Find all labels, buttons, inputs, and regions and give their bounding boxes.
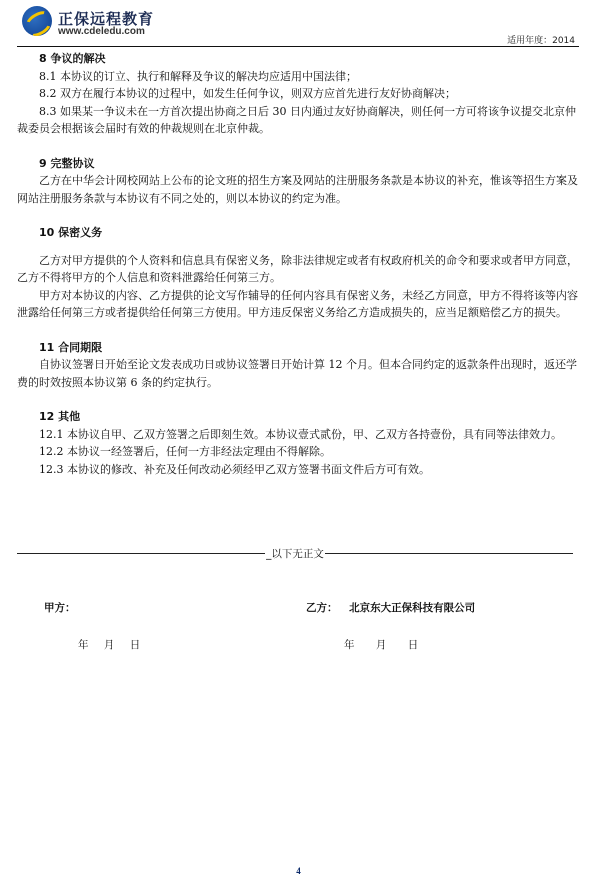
party-b-signature: 乙方： 北京东大正保科技有限公司 bbox=[306, 600, 475, 615]
brand-url: www.cdeledu.com bbox=[58, 26, 145, 37]
clause-8-2: 8.2 双方在履行本协议的过程中，如发生任何争议，则双方应首先进行友好协商解决； bbox=[17, 85, 579, 103]
date-month: 月 bbox=[104, 637, 115, 652]
header-divider bbox=[17, 46, 579, 47]
divider-line-right bbox=[325, 553, 573, 554]
section-title: 10 保密义务 bbox=[17, 224, 579, 242]
clause-10-1: 乙方对甲方提供的个人资料和信息具有保密义务，除非法律规定或者有权政府机关的命令和… bbox=[17, 252, 579, 287]
clause-12-1: 12.1 本协议自甲、乙双方签署之后即刻生效。本协议壹式贰份，甲、乙双方各持壹份… bbox=[17, 426, 579, 444]
section-title: 8 争议的解决 bbox=[17, 50, 579, 68]
date-day: 日 bbox=[408, 637, 419, 652]
document-body: 8 争议的解决 8.1 本协议的订立、执行和解释及争议的解决均应适用中国法律； … bbox=[17, 50, 579, 478]
section-title: 11 合同期限 bbox=[17, 339, 579, 357]
party-b-date: 年 月 日 bbox=[344, 637, 418, 652]
clause-10-2: 甲方对本协议的内容、乙方提供的论文写作辅导的任何内容具有保密义务，未经乙方同意，… bbox=[17, 287, 579, 322]
section-title: 9 完整协议 bbox=[17, 155, 579, 173]
clause-12-2: 12.2 本协议一经签署后，任何一方非经法定理由不得解除。 bbox=[17, 443, 579, 461]
date-year: 年 bbox=[344, 637, 355, 652]
date-year: 年 bbox=[78, 637, 89, 652]
party-a-date: 年 月 日 bbox=[78, 637, 140, 652]
party-a-signature: 甲方： bbox=[44, 600, 76, 615]
clause-9: 乙方在中华会计网校网站上公布的论文班的招生方案及网站的注册服务条款是本协议的补充… bbox=[17, 172, 579, 207]
date-month: 月 bbox=[376, 637, 387, 652]
party-b-label: 乙方： bbox=[306, 602, 338, 614]
end-of-text-marker: _以下无正文 bbox=[17, 546, 573, 560]
clause-11: 自协议签署日开始至论文发表成功日或协议签署日开始计算 12 个月。但本合同约定的… bbox=[17, 356, 579, 391]
end-of-text-label: _以下无正文 bbox=[265, 546, 325, 561]
cdeledu-logo-icon bbox=[22, 6, 52, 36]
section-dispute-resolution: 8 争议的解决 8.1 本协议的订立、执行和解释及争议的解决均应适用中国法律； … bbox=[17, 50, 579, 138]
page-number: 4 bbox=[0, 866, 597, 876]
section-title: 12 其他 bbox=[17, 408, 579, 426]
section-confidentiality: 10 保密义务 乙方对甲方提供的个人资料和信息具有保密义务，除非法律规定或者有权… bbox=[17, 224, 579, 322]
section-contract-term: 11 合同期限 自协议签署日开始至论文发表成功日或协议签署日开始计算 12 个月… bbox=[17, 339, 579, 392]
applicable-year-label: 适用年度：2014 bbox=[507, 33, 575, 46]
divider-line-left bbox=[17, 553, 265, 554]
clause-8-3: 8.3 如果某一争议未在一方首次提出协商之日后 30 日内通过友好协商解决，则任… bbox=[17, 103, 579, 138]
clause-8-1: 8.1 本协议的订立、执行和解释及争议的解决均应适用中国法律； bbox=[17, 68, 579, 86]
section-miscellaneous: 12 其他 12.1 本协议自甲、乙双方签署之后即刻生效。本协议壹式贰份，甲、乙… bbox=[17, 408, 579, 478]
section-entire-agreement: 9 完整协议 乙方在中华会计网校网站上公布的论文班的招生方案及网站的注册服务条款… bbox=[17, 155, 579, 208]
clause-12-3: 12.3 本协议的修改、补充及任何改动必须经甲乙双方签署书面文件后方可有效。 bbox=[17, 461, 579, 479]
party-a-label: 甲方： bbox=[44, 602, 76, 614]
party-b-name: 北京东大正保科技有限公司 bbox=[349, 602, 475, 614]
page-header: 正保远程教育 www.cdeledu.com 适用年度：2014 bbox=[0, 0, 597, 44]
date-day: 日 bbox=[130, 637, 141, 652]
